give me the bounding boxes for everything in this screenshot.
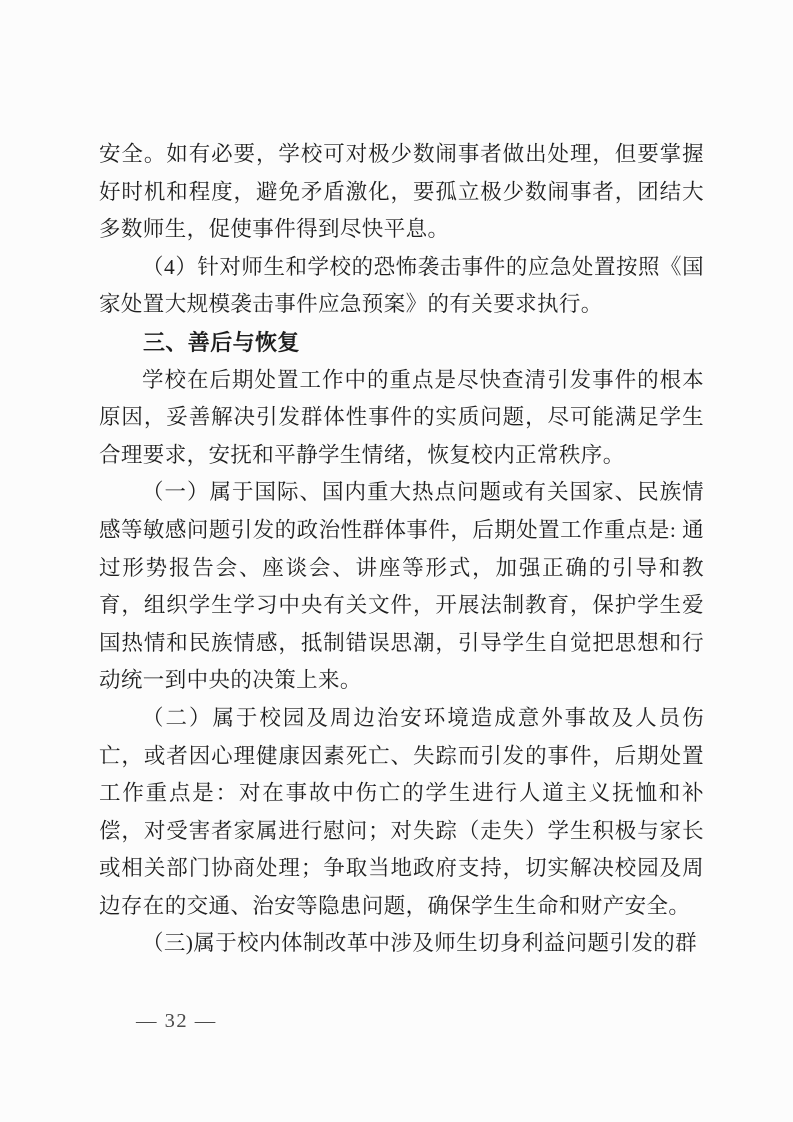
- document-page: 安全。如有必要，学校可对极少数闹事者做出处理，但要掌握好时机和程度，避免矛盾激化…: [0, 0, 793, 1122]
- document-body: 安全。如有必要，学校可对极少数闹事者做出处理，但要掌握好时机和程度，避免矛盾激化…: [99, 136, 704, 963]
- paragraph-item-1: （一）属于国际、国内重大热点问题或有关国家、民族情感等敏感问题引发的政治性群体事…: [99, 474, 704, 700]
- paragraph-item-3-partial: （三)属于校内体制改革中涉及师生切身利益问题引发的群: [99, 925, 704, 963]
- paragraph-intro: 学校在后期处置工作中的重点是尽快查清引发事件的根本原因，妥善解决引发群体性事件的…: [99, 362, 704, 475]
- paragraph-continuation: 安全。如有必要，学校可对极少数闹事者做出处理，但要掌握好时机和程度，避免矛盾激化…: [99, 136, 704, 249]
- section-heading: 三、善后与恢复: [99, 324, 704, 362]
- paragraph-item-2: （二）属于校园及周边治安环境造成意外事故及人员伤亡，或者因心理健康因素死亡、失踪…: [99, 700, 704, 926]
- page-number: — 32 —: [136, 1010, 217, 1032]
- paragraph-item-4: （4）针对师生和学校的恐怖袭击事件的应急处置按照《国家处置大规模袭击事件应急预案…: [99, 249, 704, 324]
- page-footer: — 32 —: [136, 1010, 217, 1033]
